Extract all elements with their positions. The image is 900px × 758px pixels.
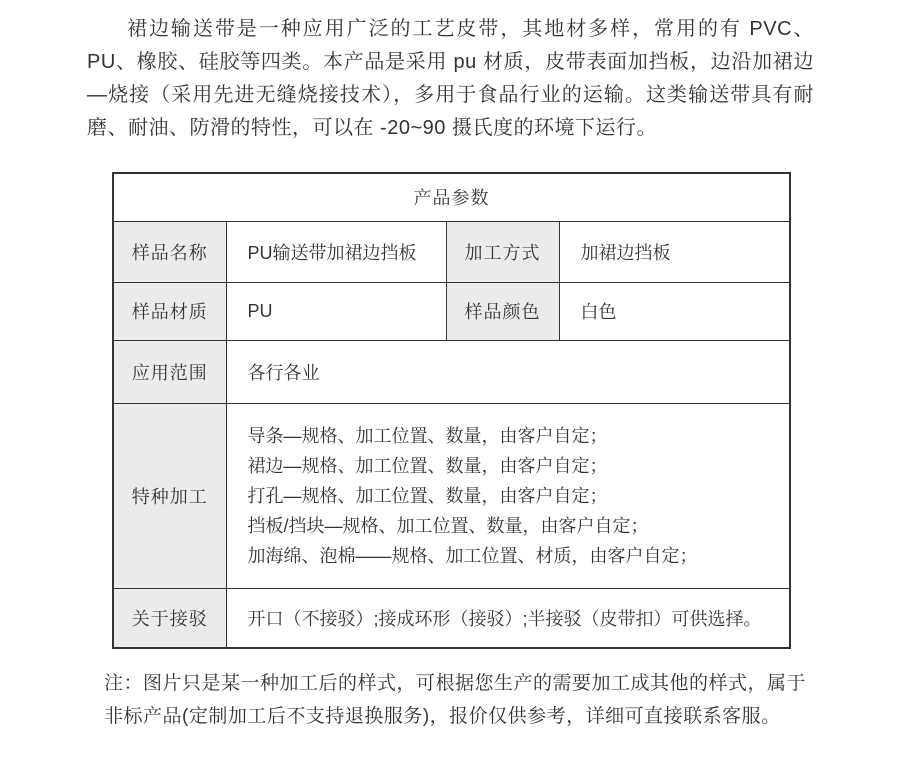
footnote: 注：图片只是某一种加工后的样式，可根据您生产的需要加工成其他的样式，属于非标产品… xyxy=(104,667,810,733)
special-processing-line: 导条—规格、加工位置、数量，由客户自定； xyxy=(248,421,790,451)
special-processing-line: 加海绵、泡棉——规格、加工位置、材质，由客户自定； xyxy=(248,541,790,571)
param-label-processing-method: 加工方式 xyxy=(446,221,559,282)
special-processing-line: 裙边—规格、加工位置、数量，由客户自定； xyxy=(248,451,790,481)
product-intro-paragraph: 裙边输送带是一种应用广泛的工艺皮带，其地材多样，常用的有 PVC、PU、橡胶、硅… xyxy=(87,13,814,145)
product-params-table: 产品参数 样品名称 PU输送带加裙边挡板 加工方式 加裙边挡板 样品材质 PU … xyxy=(112,172,791,649)
param-value-processing-method: 加裙边挡板 xyxy=(559,221,790,282)
param-value-sample-material: PU xyxy=(226,282,446,340)
param-value-sample-color: 白色 xyxy=(559,282,790,340)
table-title-row: 产品参数 xyxy=(113,173,790,221)
table-row-sample-name: 样品名称 PU输送带加裙边挡板 加工方式 加裙边挡板 xyxy=(113,221,790,282)
product-detail-page: 裙边输送带是一种应用广泛的工艺皮带，其地材多样，常用的有 PVC、PU、橡胶、硅… xyxy=(0,0,900,758)
table-row-joint-options: 关于接驳 开口（不接驳）;接成环形（接驳）;半接驳（皮带扣）可供选择。 xyxy=(113,588,790,648)
param-value-sample-name: PU输送带加裙边挡板 xyxy=(226,221,446,282)
param-label-sample-color: 样品颜色 xyxy=(446,282,559,340)
table-row-sample-material: 样品材质 PU 样品颜色 白色 xyxy=(113,282,790,340)
special-processing-line: 打孔—规格、加工位置、数量，由客户自定； xyxy=(248,481,790,511)
param-value-application-scope: 各行各业 xyxy=(226,340,790,403)
table-row-application-scope: 应用范围 各行各业 xyxy=(113,340,790,403)
param-value-joint-options: 开口（不接驳）;接成环形（接驳）;半接驳（皮带扣）可供选择。 xyxy=(226,588,790,648)
table-row-special-processing: 特种加工 导条—规格、加工位置、数量，由客户自定； 裙边—规格、加工位置、数量，… xyxy=(113,403,790,588)
param-label-special-processing: 特种加工 xyxy=(113,403,226,588)
param-label-joint-options: 关于接驳 xyxy=(113,588,226,648)
param-label-sample-name: 样品名称 xyxy=(113,221,226,282)
param-label-application-scope: 应用范围 xyxy=(113,340,226,403)
param-value-special-processing: 导条—规格、加工位置、数量，由客户自定； 裙边—规格、加工位置、数量，由客户自定… xyxy=(226,403,790,588)
special-processing-line: 挡板/挡块—规格、加工位置、数量，由客户自定； xyxy=(248,511,790,541)
param-label-sample-material: 样品材质 xyxy=(113,282,226,340)
table-title: 产品参数 xyxy=(113,173,790,221)
